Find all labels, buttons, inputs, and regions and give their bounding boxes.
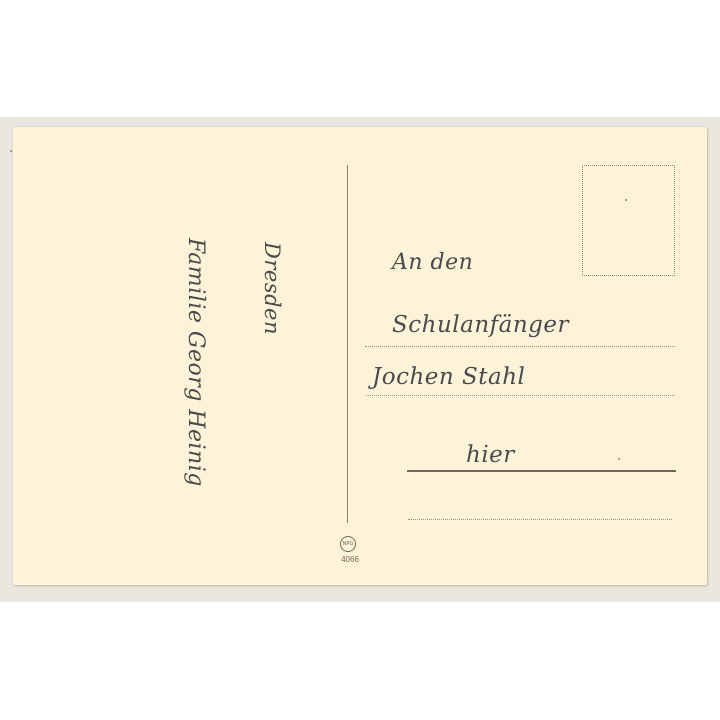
address-line-3-underline [407, 470, 676, 472]
sender-line-family: Familie Georg Heinig [183, 238, 208, 487]
publisher-monogram-text: NPG [343, 541, 354, 547]
address-line-2 [366, 395, 675, 396]
paper-speck [618, 458, 620, 460]
center-divider-line [347, 165, 348, 523]
sender-line-city: Dresden [260, 242, 284, 335]
address-title: Schulanfänger [392, 312, 569, 338]
paper-speck [10, 150, 12, 152]
address-place: hier [466, 442, 515, 468]
address-salutation: An den [392, 250, 473, 275]
address-line-4 [408, 519, 672, 520]
paper-speck [625, 199, 627, 201]
address-line-1 [365, 346, 675, 347]
stamp-box [582, 165, 675, 276]
card-number: 4066 [338, 555, 362, 564]
address-name: Jochen Stahl [372, 364, 525, 390]
publisher-monogram-icon: NPG [340, 536, 356, 552]
